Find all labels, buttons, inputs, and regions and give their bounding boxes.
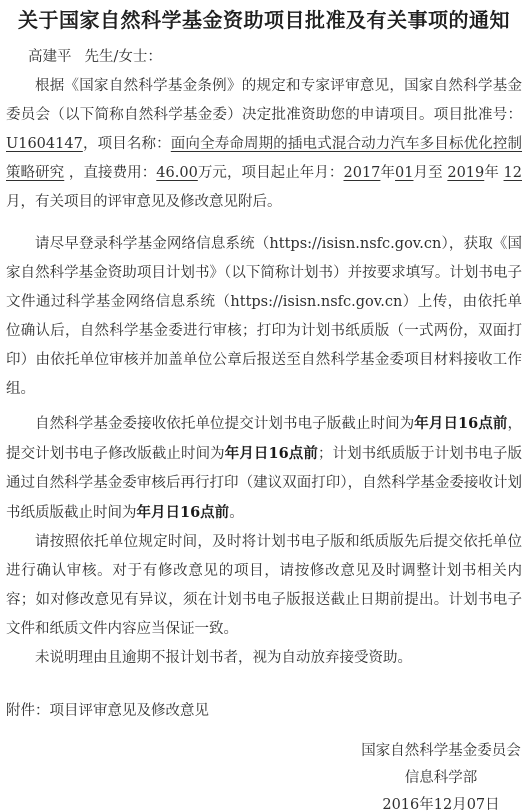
underlined-value: 12 (504, 165, 522, 181)
plan-book-instructions-paragraph: 请尽早登录科学基金网络信息系统（https://isisn.nsfc.gov.c… (6, 230, 522, 404)
text-run: 万元，项目起止年月： (198, 165, 344, 181)
text-run: 自然科学基金委接收依托单位提交计划书电子版截止时间为 (35, 416, 414, 432)
forfeit-notice-paragraph: 未说明理由且逾期不报计划书者，视为自动放弃接受资助。 (6, 644, 522, 673)
deadlines-paragraph: 自然科学基金委接收依托单位提交计划书电子版截止时间为年月日16点前，提交计划书电… (6, 409, 522, 528)
text-run: 未说明理由且逾期不报计划书者，视为自动放弃接受资助。 (35, 650, 412, 666)
bold-deadline-text: 年月日16点前 (137, 504, 230, 521)
attachment-line: 附件：项目评审意见及修改意见 (6, 697, 522, 726)
approval-paragraph: 根据《国家自然科学基金条例》的规定和专家评审意见，国家自然科学基金委员会（以下简… (6, 72, 522, 217)
text-run: 。 (229, 505, 244, 521)
issuer-department: 信息科学部 (360, 765, 522, 792)
text-run: ，直接费用： (64, 165, 156, 181)
underlined-value: 46.00 (156, 165, 198, 181)
underlined-value: 2019 (447, 165, 484, 181)
notice-document: 关于国家自然科学基金资助项目批准及有关事项的通知 高建平先生/女士： 根据《国家… (0, 0, 530, 812)
signature-block: 国家自然科学基金委员会 信息科学部 2016年12月07日 (360, 738, 522, 812)
salutation-suffix: 先生/女士： (85, 49, 162, 65)
text-run: 请尽早登录科学基金网络信息系统（https://isisn.nsfc.gov.c… (6, 236, 522, 397)
underlined-value: 01 (395, 165, 413, 181)
text-run: 请按照依托单位规定时间，及时将计划书电子版和纸质版先后提交依托单位进行确认审核。… (6, 534, 522, 637)
document-body: 根据《国家自然科学基金条例》的规定和专家评审意见，国家自然科学基金委员会（以下简… (6, 72, 522, 673)
document-title: 关于国家自然科学基金资助项目批准及有关事项的通知 (6, 6, 522, 34)
salutation-line: 高建平先生/女士： (6, 43, 522, 72)
issue-date: 2016年12月07日 (360, 792, 522, 812)
text-run: 年 (484, 165, 503, 181)
text-run: 月至 (413, 165, 447, 181)
issuer-organization: 国家自然科学基金委员会 (360, 738, 522, 765)
text-run: 月，有关项目的评审意见及修改意见附后。 (6, 194, 282, 210)
text-run: ，项目名称： (83, 136, 171, 152)
recipient-name: 高建平 (28, 49, 72, 65)
text-run: 年 (380, 165, 395, 181)
bold-deadline-text: 年月日16点前 (225, 445, 318, 462)
submission-review-paragraph: 请按照依托单位规定时间，及时将计划书电子版和纸质版先后提交依托单位进行确认审核。… (6, 528, 522, 644)
underlined-value: 2017 (344, 165, 381, 181)
bold-deadline-text: 年月日16点前 (414, 415, 507, 432)
underlined-value: U1604147 (6, 136, 83, 152)
text-run: 根据《国家自然科学基金条例》的规定和专家评审意见，国家自然科学基金委员会（以下简… (6, 78, 522, 123)
